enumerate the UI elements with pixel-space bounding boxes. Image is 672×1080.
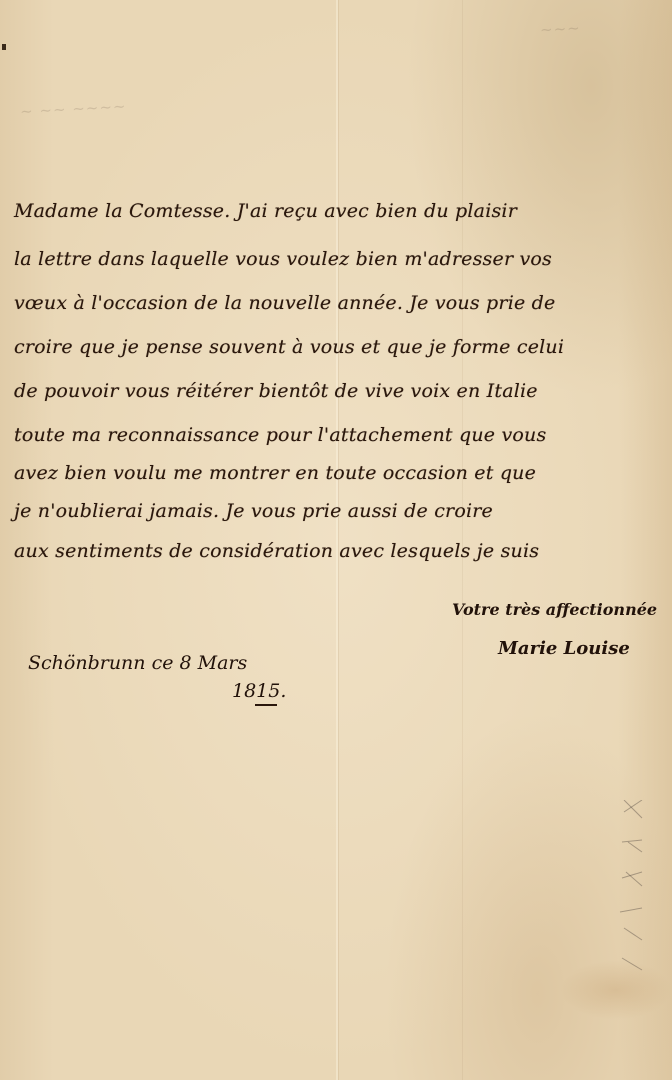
letter-line: vœux à l'occasion de la nouvelle année. … <box>14 292 555 314</box>
dateline-year: 1815. <box>232 680 286 702</box>
letter-line: toute ma reconnaissance pour l'attacheme… <box>14 424 546 446</box>
letter-line: Madame la Comtesse. J'ai reçu avec bien … <box>14 200 517 222</box>
year-underline <box>255 704 277 706</box>
letter-line: aux sentiments de considération avec les… <box>14 540 539 562</box>
letter-line: de pouvoir vous réitérer bientôt de vive… <box>14 380 538 402</box>
letter-line: je n'oublierai jamais. Je vous prie auss… <box>14 500 493 522</box>
letter-line: la lettre dans laquelle vous voulez bien… <box>14 248 552 270</box>
letter-line: avez bien voulu me montrer en toute occa… <box>14 462 536 484</box>
letter-page: Madame la Comtesse. J'ai reçu avec bien … <box>0 0 672 1080</box>
letter-line: croire que je pense souvent à vous et qu… <box>14 336 564 358</box>
paper-stain <box>560 960 672 1020</box>
dateline-place: Schönbrunn ce 8 Mars <box>28 652 247 674</box>
signature: Marie Louise <box>498 638 630 659</box>
closing-phrase: Votre très affectionnée <box>452 600 657 619</box>
